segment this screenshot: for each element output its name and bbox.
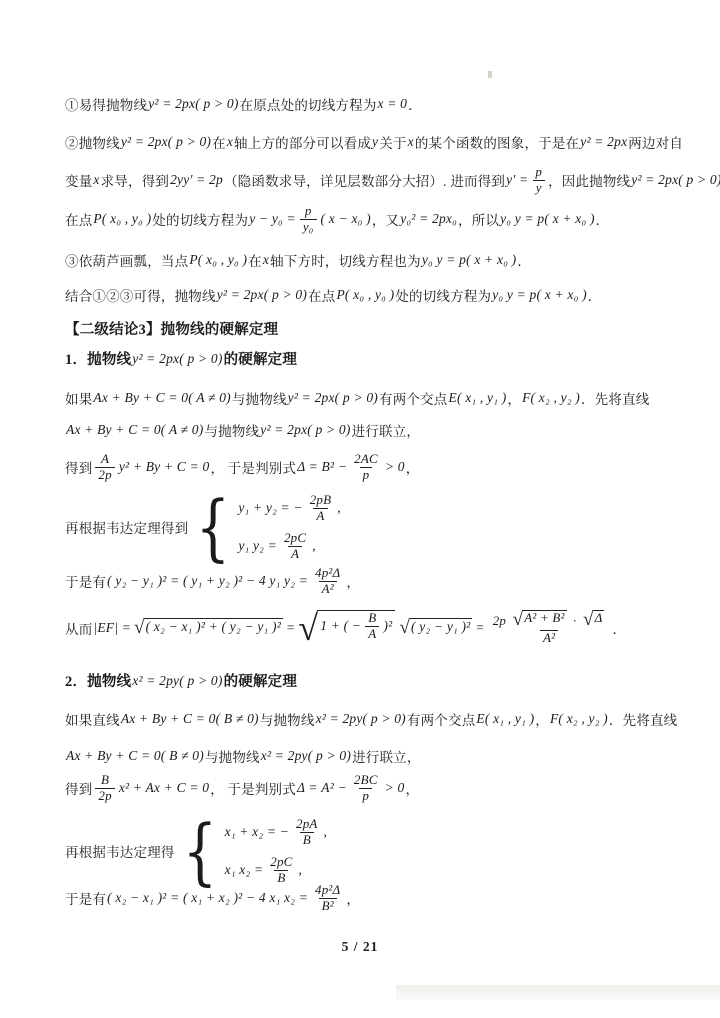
fraction: p y bbox=[532, 165, 545, 196]
para-conclusion: 结合①②③可得，抛物线 y² = 2px( p > 0) 在点 P( x₀ , … bbox=[65, 285, 601, 305]
fraction-denominator: A bbox=[313, 508, 327, 524]
para-tangent-at-point: 在点 P( x₀ , y₀ ) 处的切线方程为 y − y₀ = p y₀ ( … bbox=[65, 204, 609, 235]
text-run: 在点 bbox=[308, 285, 335, 305]
equation-row: y₁ y₂ = 2pC A , bbox=[237, 531, 341, 562]
text-run: ． bbox=[517, 250, 531, 270]
fraction-denominator: 2p bbox=[95, 788, 114, 804]
equation-row: x₁ + x₂ = − 2pA B , bbox=[224, 817, 328, 848]
para-upper-branch: ②抛物线 y² = 2px( p > 0) 在 x 轴上方的部分可以看成 y 关… bbox=[65, 132, 683, 152]
text-run: ． bbox=[596, 209, 610, 229]
sqrt-radicand: ( x₂ − x₁ )² + ( y₂ − y₁ )² bbox=[144, 618, 283, 635]
text-run: ， bbox=[346, 571, 360, 591]
fraction-numerator: p bbox=[532, 165, 545, 180]
text-run: 进行联立， bbox=[352, 746, 421, 766]
equation-system: x₁ + x₂ = − 2pA B , x₁ x₂ = 2pC B , bbox=[224, 817, 328, 886]
math-run: x² = 2py( p > 0) bbox=[315, 711, 407, 727]
heading-text: 【二级结论3】抛物线的硬解定理 bbox=[65, 318, 278, 339]
fraction-numerator: 2pC bbox=[281, 531, 309, 546]
math-run: > 0 bbox=[384, 459, 406, 475]
math-run: y² = 2px bbox=[579, 134, 628, 150]
math-run: F( x₂ , y₂ ) bbox=[521, 390, 581, 406]
fraction-denominator: A² bbox=[540, 630, 558, 646]
math-run: 2p bbox=[492, 613, 507, 628]
sqrt-radicand: ( y₂ − y₁ )² bbox=[409, 618, 472, 635]
sqrt-radicand: Δ bbox=[593, 610, 605, 626]
text-run: 处的切线方程为 bbox=[395, 285, 491, 305]
fraction-denominator: p bbox=[360, 467, 373, 483]
math-run: = bbox=[285, 620, 296, 636]
math-run: F( x₂ , y₂ ) bbox=[549, 711, 609, 727]
text-run: 轴下方时，切线方程也为 bbox=[270, 250, 421, 270]
text-run: 如果 bbox=[65, 388, 92, 408]
math-run: y₁ y₂ = bbox=[237, 538, 278, 554]
text-run: 在 bbox=[248, 250, 262, 270]
subsection-1-heading: 1．抛物线 y² = 2px( p > 0) 的硬解定理 bbox=[65, 348, 297, 369]
fraction-denominator: p bbox=[359, 788, 372, 804]
brace-symbol: { bbox=[196, 493, 231, 561]
text-run: ②抛物线 bbox=[65, 132, 120, 152]
text-run: ， bbox=[346, 888, 360, 908]
fraction: 2AC p bbox=[351, 452, 381, 483]
text-run: 轴上方的部分可以看成 bbox=[234, 132, 371, 152]
section-heading-conclusion-3: 【二级结论3】抛物线的硬解定理 bbox=[65, 318, 278, 339]
page-number-text: 5 / 21 bbox=[342, 939, 379, 955]
fraction: p y₀ bbox=[300, 204, 317, 235]
math-run: ( y₂ − y₁ )² = ( y₁ + y₂ )² − 4 y₁ y₂ = bbox=[106, 573, 309, 589]
fraction: 2p √ A² + B² · √ Δ A² bbox=[489, 610, 610, 646]
fraction: A 2p bbox=[95, 452, 114, 483]
text-run: ③依葫芦画瓢，当点 bbox=[65, 250, 188, 270]
text-run: 有两个交点 bbox=[379, 388, 448, 408]
sqrt-expression: √ 1 + ( − B A )² bbox=[298, 610, 395, 646]
fraction-denominator: A bbox=[365, 626, 379, 642]
math-run: x² = 2py( p > 0) bbox=[260, 748, 352, 764]
fraction-denominator: A² bbox=[319, 581, 337, 597]
math-run: y₀ y = p( x + x₀ ) bbox=[491, 287, 588, 303]
fraction: B A bbox=[365, 611, 379, 642]
math-run: x = 0 bbox=[377, 96, 409, 112]
text-run: 的某个函数的图象，于是在 bbox=[415, 132, 579, 152]
text-run: 与抛物线 bbox=[232, 388, 287, 408]
text-run: 再根据韦达定理得到 bbox=[65, 517, 188, 537]
math-run: = bbox=[474, 620, 485, 636]
heading-text: 的硬解定理 bbox=[224, 348, 298, 369]
subsection-2-heading: 2．抛物线 x² = 2py( p > 0) 的硬解定理 bbox=[65, 670, 297, 691]
equation-row: y₁ + y₂ = − 2pB A , bbox=[237, 493, 341, 524]
math-run: y² = 2px( p > 0) bbox=[259, 422, 351, 438]
para-line-parabola-2: 如果直线 Ax + By + C = 0( B ≠ 0) 与抛物线 x² = 2… bbox=[65, 709, 677, 729]
para-vieta-system-1: 再根据韦达定理得到 { y₁ + y₂ = − 2pB A , y₁ y₂ = … bbox=[65, 493, 341, 562]
para-difference-square-1: 于是有 ( y₂ − y₁ )² = ( y₁ + y₂ )² − 4 y₁ y… bbox=[65, 566, 360, 597]
text-run: 从而 bbox=[65, 618, 92, 638]
math-run: P( x₀ , y₀ ) bbox=[335, 287, 395, 303]
text-run: ， bbox=[405, 778, 419, 798]
math-run: P( x₀ , y₀ ) bbox=[92, 211, 152, 227]
fraction-numerator: 2pB bbox=[307, 493, 335, 508]
fraction-numerator: A bbox=[98, 452, 112, 467]
heading-text: 的硬解定理 bbox=[224, 670, 298, 691]
math-run: y − y₀ = bbox=[248, 211, 297, 227]
para-discriminant-1: 得到 A 2p y² + By + C = 0 ， 于是判别式 Δ = B² −… bbox=[65, 452, 419, 483]
math-run: y₁ + y₂ = − bbox=[237, 500, 303, 516]
fraction-numerator: 4p²Δ bbox=[312, 883, 343, 898]
text-run: ， bbox=[406, 457, 420, 477]
text-run: 于是有 bbox=[65, 888, 106, 908]
text-run: 关于 bbox=[379, 132, 406, 152]
math-run: P( x₀ , y₀ ) bbox=[188, 252, 248, 268]
heading-text: 1．抛物线 bbox=[65, 348, 131, 369]
fraction: 2pB A bbox=[307, 493, 335, 524]
para-combine-2: Ax + By + C = 0( B ≠ 0) 与抛物线 x² = 2py( p… bbox=[65, 746, 421, 766]
fraction: 2pC B bbox=[267, 855, 295, 886]
fraction-denominator: B² bbox=[319, 898, 337, 914]
math-run: Δ = A² − bbox=[296, 780, 348, 796]
math-run: x bbox=[407, 134, 415, 150]
text-run: ． bbox=[408, 94, 422, 114]
para-vieta-system-2: 再根据韦达定理得 { x₁ + x₂ = − 2pA B , x₁ x₂ = 2… bbox=[65, 817, 327, 886]
text-run: ， bbox=[535, 709, 549, 729]
text-run: 如果直线 bbox=[65, 709, 120, 729]
text-run: 变量 bbox=[65, 170, 92, 190]
math-run: x² + Ax + C = 0 bbox=[118, 780, 210, 796]
fraction-numerator: p bbox=[302, 204, 315, 219]
math-run: · bbox=[572, 613, 581, 628]
text-run: , bbox=[337, 500, 341, 516]
para-line-parabola-1: 如果 Ax + By + C = 0( A ≠ 0) 与抛物线 y² = 2px… bbox=[65, 388, 649, 408]
equation-system: y₁ + y₂ = − 2pB A , y₁ y₂ = 2pC A , bbox=[237, 493, 341, 562]
para-chord-length-1: 从而 |EF| = √ ( x₂ − x₁ )² + ( y₂ − y₁ )² … bbox=[65, 610, 626, 646]
para-difference-square-2: 于是有 ( x₂ − x₁ )² = ( x₁ + x₂ )² − 4 x₁ x… bbox=[65, 883, 360, 914]
text-run: ．先将直线 bbox=[581, 388, 650, 408]
fraction-numerator: 2AC bbox=[351, 452, 381, 467]
math-run: Ax + By + C = 0( B ≠ 0) bbox=[65, 748, 205, 764]
text-run: 与抛物线 bbox=[204, 420, 259, 440]
math-run: y² + By + C = 0 bbox=[118, 459, 211, 475]
math-run: )² bbox=[382, 618, 393, 634]
math-run: y₀ y = p( x + x₀ ) bbox=[499, 211, 596, 227]
sqrt-radicand: A² + B² bbox=[522, 610, 566, 626]
math-run: Ax + By + C = 0( A ≠ 0) bbox=[92, 390, 231, 406]
text-run: 与抛物线 bbox=[260, 709, 315, 729]
math-run: 1 + ( − bbox=[319, 618, 362, 634]
text-run: ． bbox=[588, 285, 602, 305]
fraction-numerator: B bbox=[365, 611, 379, 626]
math-run: x bbox=[226, 134, 234, 150]
math-run: y² = 2px( p > 0) bbox=[630, 172, 720, 188]
math-run: ( x − x₀ ) bbox=[320, 211, 372, 227]
math-run: x₁ + x₂ = − bbox=[224, 824, 290, 840]
text-run: 结合①②③可得，抛物线 bbox=[65, 285, 216, 305]
fraction-numerator: 2pC bbox=[267, 855, 295, 870]
text-run: 得到 bbox=[65, 457, 92, 477]
math-run: Ax + By + C = 0( B ≠ 0) bbox=[120, 711, 260, 727]
fraction-numerator: 2BC bbox=[351, 773, 381, 788]
math-run: Ax + By + C = 0( A ≠ 0) bbox=[65, 422, 204, 438]
para-implicit-derivative: 变量 x 求导，得到 2yy′ = 2p （隐函数求导，详见层数部分大招）. 进… bbox=[65, 165, 720, 196]
text-run: 再根据韦达定理得 bbox=[65, 841, 175, 861]
text-run: ， 于是判别式 bbox=[210, 457, 296, 477]
fraction: 4p²Δ B² bbox=[312, 883, 343, 914]
fraction-denominator: y₀ bbox=[300, 219, 317, 235]
math-run: y₀² = 2px₀ bbox=[399, 211, 458, 227]
math-run: ( x₂ − x₁ )² = ( x₁ + x₂ )² − 4 x₁ x₂ = bbox=[106, 890, 309, 906]
fraction-denominator: 2p bbox=[95, 467, 114, 483]
fraction: 2pA B bbox=[293, 817, 321, 848]
text-run: 进行联立， bbox=[352, 420, 421, 440]
math-run: y₀ y = p( x + x₀ ) bbox=[421, 252, 518, 268]
math-run: > 0 bbox=[384, 780, 406, 796]
sqrt-expression: √ Δ bbox=[583, 610, 604, 630]
math-run: y² = 2px( p > 0) bbox=[216, 287, 308, 303]
math-run: 2yy′ = 2p bbox=[169, 172, 224, 188]
document-page: { "sym": { "sqrt": "√", "brace": "{" }, … bbox=[0, 0, 720, 1018]
text-run: , bbox=[312, 538, 316, 554]
fraction-denominator: B bbox=[300, 832, 314, 848]
text-run: 求导，得到 bbox=[101, 170, 170, 190]
sqrt-radicand: 1 + ( − B A )² bbox=[317, 610, 395, 642]
text-run: 有两个交点 bbox=[407, 709, 476, 729]
text-run: ，又 bbox=[372, 209, 399, 229]
math-run: x bbox=[262, 252, 270, 268]
para-combine-1: Ax + By + C = 0( A ≠ 0) 与抛物线 y² = 2px( p… bbox=[65, 420, 420, 440]
sqrt-expression: √ ( x₂ − x₁ )² + ( y₂ − y₁ )² bbox=[134, 618, 283, 638]
fraction-numerator: 2p √ A² + B² · √ Δ bbox=[489, 610, 610, 630]
text-run: 处的切线方程为 bbox=[152, 209, 248, 229]
text-run: , bbox=[299, 862, 303, 878]
fraction-numerator: 2pA bbox=[293, 817, 321, 832]
text-run: 在 bbox=[212, 132, 226, 152]
scan-speck bbox=[488, 71, 492, 78]
text-run: ， 于是判别式 bbox=[210, 778, 296, 798]
text-run: , bbox=[324, 824, 328, 840]
math-run: y² = 2px( p > 0) bbox=[287, 390, 379, 406]
math-run: E( x₁ , y₁ ) bbox=[448, 390, 508, 406]
page-number: 5 / 21 bbox=[0, 939, 720, 955]
para-discriminant-2: 得到 B 2p x² + Ax + C = 0 ， 于是判别式 Δ = A² −… bbox=[65, 773, 419, 804]
math-run: Δ = B² − bbox=[296, 459, 348, 475]
text-run: 得到 bbox=[65, 778, 92, 798]
text-run: 于是有 bbox=[65, 571, 106, 591]
fraction: 2BC p bbox=[351, 773, 381, 804]
math-run: |EF| = bbox=[92, 620, 132, 636]
math-run: y² = 2px( p > 0) bbox=[147, 96, 239, 112]
math-run: x bbox=[92, 172, 100, 188]
sqrt-expression: √ ( y₂ − y₁ )² bbox=[399, 618, 472, 638]
text-run: ． bbox=[612, 618, 626, 638]
equation-row: x₁ x₂ = 2pC B , bbox=[224, 855, 328, 886]
fraction-numerator: B bbox=[98, 773, 112, 788]
fraction-denominator: A bbox=[288, 546, 302, 562]
math-run: y² = 2px( p > 0) bbox=[120, 134, 212, 150]
sqrt-symbol: √ bbox=[298, 610, 318, 646]
math-run: x₁ x₂ = bbox=[224, 862, 265, 878]
text-run: ①易得抛物线 bbox=[65, 94, 147, 114]
text-run: ， bbox=[507, 388, 521, 408]
text-run: 与抛物线 bbox=[205, 746, 260, 766]
sqrt-expression: √ A² + B² bbox=[513, 610, 567, 630]
text-run: ，因此抛物线 bbox=[548, 170, 630, 190]
fraction-numerator: 4p²Δ bbox=[312, 566, 343, 581]
math-run: x² = 2py( p > 0) bbox=[131, 673, 223, 689]
text-run: 两边对自 bbox=[628, 132, 683, 152]
fraction: 4p²Δ A² bbox=[312, 566, 343, 597]
heading-text: 2．抛物线 bbox=[65, 670, 131, 691]
math-run: y′ = bbox=[505, 172, 529, 188]
para-tangent-origin: ①易得抛物线 y² = 2px( p > 0) 在原点处的切线方程为 x = 0… bbox=[65, 94, 422, 114]
text-run: ．先将直线 bbox=[609, 709, 678, 729]
fraction-denominator: y bbox=[533, 180, 545, 196]
math-run: y² = 2px( p > 0) bbox=[131, 351, 223, 367]
math-run: E( x₁ , y₁ ) bbox=[475, 711, 535, 727]
scan-shadow-band bbox=[396, 985, 720, 1000]
fraction: B 2p bbox=[95, 773, 114, 804]
text-run: 在点 bbox=[65, 209, 92, 229]
math-run: y bbox=[371, 134, 379, 150]
para-lower-branch: ③依葫芦画瓢，当点 P( x₀ , y₀ ) 在 x 轴下方时，切线方程也为 y… bbox=[65, 250, 531, 270]
text-run: （隐函数求导，详见层数部分大招）. 进而得到 bbox=[224, 170, 505, 190]
text-run: 在原点处的切线方程为 bbox=[240, 94, 377, 114]
text-run: ，所以 bbox=[458, 209, 499, 229]
brace-symbol: { bbox=[182, 817, 217, 885]
fraction: 2pC A bbox=[281, 531, 309, 562]
